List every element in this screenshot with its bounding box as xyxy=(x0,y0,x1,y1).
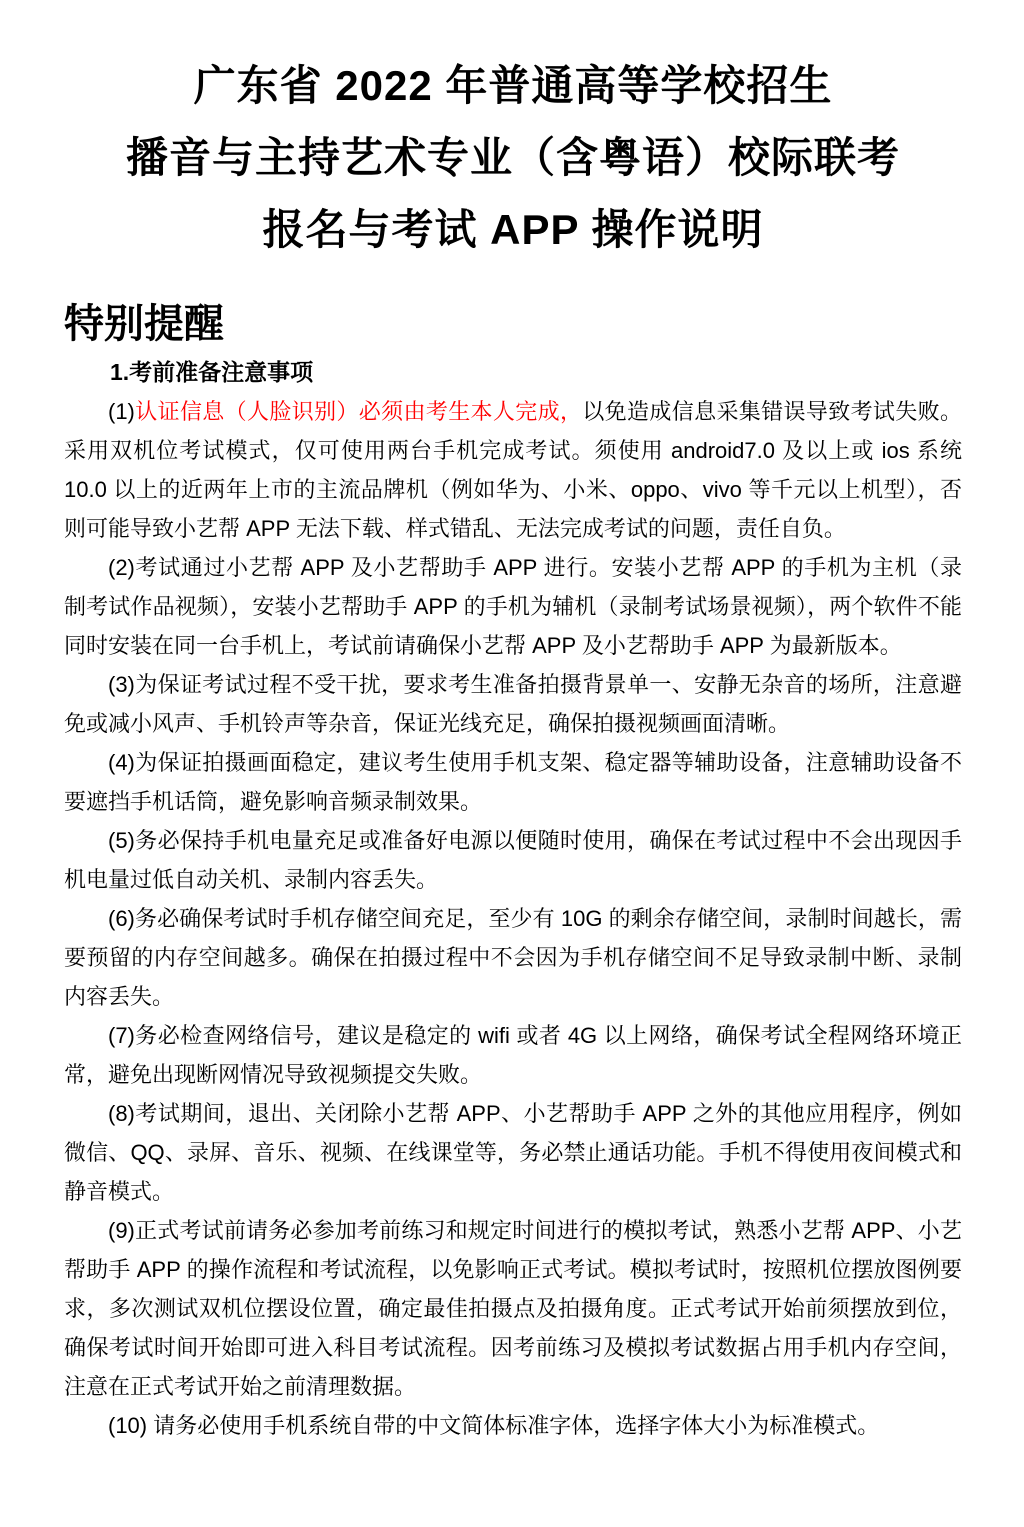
notice-paragraph-1: (1)认证信息（人脸识别）必须由考生本人完成，以免造成信息采集错误导致考试失败。… xyxy=(64,392,962,548)
paragraph-1-highlighted-text: 认证信息（人脸识别）必须由考生本人完成， xyxy=(135,399,582,424)
title-line-1: 广东省 2022 年普通高等学校招生 xyxy=(64,50,962,122)
subsection-heading: 1.考前准备注意事项 xyxy=(64,353,962,392)
title-line-3: 报名与考试 APP 操作说明 xyxy=(64,194,962,266)
title-line-2: 播音与主持艺术专业（含粤语）校际联考 xyxy=(64,122,962,194)
notice-paragraph-5: (5)务必保持手机电量充足或准备好电源以便随时使用，确保在考试过程中不会出现因手… xyxy=(64,821,962,899)
document-title: 广东省 2022 年普通高等学校招生 播音与主持艺术专业（含粤语）校际联考 报名… xyxy=(64,50,962,266)
notice-paragraph-4: (4)为保证拍摄画面稳定，建议考生使用手机支架、稳定器等辅助设备，注意辅助设备不… xyxy=(64,743,962,821)
notice-paragraph-8: (8)考试期间，退出、关闭除小艺帮 APP、小艺帮助手 APP 之外的其他应用程… xyxy=(64,1094,962,1211)
notice-paragraph-9: (9)正式考试前请务必参加考前练习和规定时间进行的模拟考试，熟悉小艺帮 APP、… xyxy=(64,1211,962,1406)
document-page: 广东省 2022 年普通高等学校招生 播音与主持艺术专业（含粤语）校际联考 报名… xyxy=(0,0,1024,1527)
notice-paragraph-10: (10) 请务必使用手机系统自带的中文简体标准字体，选择字体大小为标准模式。 xyxy=(64,1406,962,1445)
notice-paragraph-3: (3)为保证考试过程不受干扰，要求考生准备拍摄背景单一、安静无杂音的场所，注意避… xyxy=(64,665,962,743)
paragraph-1-number: (1) xyxy=(108,399,135,424)
notice-paragraph-6: (6)务必确保考试时手机存储空间充足，至少有 10G 的剩余存储空间，录制时间越… xyxy=(64,899,962,1016)
notice-paragraph-7: (7)务必检查网络信号，建议是稳定的 wifi 或者 4G 以上网络，确保考试全… xyxy=(64,1016,962,1094)
section-heading: 特别提醒 xyxy=(64,300,962,348)
notice-paragraph-2: (2)考试通过小艺帮 APP 及小艺帮助手 APP 进行。安装小艺帮 APP 的… xyxy=(64,548,962,665)
